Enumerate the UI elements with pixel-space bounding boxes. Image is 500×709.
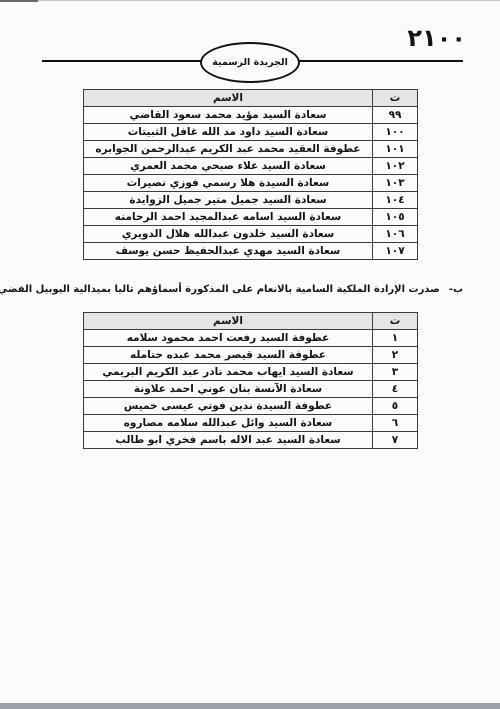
table-row: ٩٩سعادة السيد مؤيد محمد سعود القاضي [84,107,418,124]
section-b-text: صدرت الإرادة الملكية السامية بالانعام عل… [0,284,440,295]
table-row: ٢عطوفة السيد قيصر محمد عبده حتامله [84,347,418,364]
table-row: ١٠٠سعادة السيد داود مد الله غافل الثبيتا… [84,124,418,141]
serial-cell: ١٠٣ [373,175,418,192]
serial-column-header: ت [373,313,418,330]
name-cell: عطوفة السيدة ندين فوتي عيسى خميس [84,398,373,415]
serial-cell: ٢ [373,347,418,364]
serial-column-header: ت [373,90,418,107]
serial-cell: ١٠٢ [373,158,418,175]
serial-cell: ١٠١ [373,141,418,158]
table-row: ٤سعادة الآنسة بنان عوني احمد علاونة [84,381,418,398]
name-cell: سعادة السيد ايهاب محمد نادر عبد الكريم ا… [84,364,373,381]
name-cell: سعادة السيد مؤيد محمد سعود القاضي [84,107,373,124]
table-row: ١٠٣سعادة السيدة هلا رسمي فوزي نصيرات [84,175,418,192]
serial-cell: ١٠٤ [373,192,418,209]
serial-cell: ٦ [373,415,418,432]
name-cell: سعادة السيد مهدي عبدالحفيظ حسن يوسف [84,243,373,260]
page-bottom-edge [0,703,500,709]
gazette-page: { "header": { "page_number": "٢١٠٠", "ba… [0,0,500,709]
serial-cell: ٣ [373,364,418,381]
table-row: ١٠٢سعادة السيد علاء صبحي محمد العمري [84,158,418,175]
section-b-marker: ب- [449,284,463,295]
page-top-edge-mark [0,0,38,2]
table-row: ٧سعادة السيد عبد الاله باسم فخري ابو طال… [84,432,418,449]
name-cell: سعادة الآنسة بنان عوني احمد علاونة [84,381,373,398]
name-cell: سعادة السيد اسامه عبدالمجيد احمد الرحامن… [84,209,373,226]
serial-cell: ١ [373,330,418,347]
table-row: ٦سعادة السيد وائل عبدالله سلامه مصاروه [84,415,418,432]
table-header-row: ت الاسم [84,313,418,330]
name-column-header: الاسم [84,90,373,107]
page-top-edge [0,0,500,1]
section-b-paragraph: ب- صدرت الإرادة الملكية السامية بالانعام… [51,284,463,295]
serial-cell: ١٠٦ [373,226,418,243]
serial-cell: ٩٩ [373,107,418,124]
name-cell: سعادة السيد علاء صبحي محمد العمري [84,158,373,175]
serial-cell: ١٠٠ [373,124,418,141]
table-row: ٣سعادة السيد ايهاب محمد نادر عبد الكريم … [84,364,418,381]
name-cell: عطوفة العقيد محمد عبد الكريم عبدالرحمن ا… [84,141,373,158]
name-cell: عطوفة السيد رفعت احمد محمود سلامه [84,330,373,347]
table-row: ١٠٤سعادة السيد جميل منير جميل الزوايدة [84,192,418,209]
serial-cell: ٧ [373,432,418,449]
serial-cell: ٥ [373,398,418,415]
gazette-badge-label: الجريدة الرسمية [212,57,288,68]
serial-cell: ٤ [373,381,418,398]
name-cell: سعادة السيد جميل منير جميل الزوايدة [84,192,373,209]
table-header-row: ت الاسم [84,90,418,107]
page-number: ٢١٠٠ [407,24,466,52]
table-row: ١عطوفة السيد رفعت احمد محمود سلامه [84,330,418,347]
medal-recipients-table-1: ت الاسم ٩٩سعادة السيد مؤيد محمد سعود الق… [83,89,418,260]
name-cell: سعادة السيدة هلا رسمي فوزي نصيرات [84,175,373,192]
serial-cell: ١٠٧ [373,243,418,260]
name-cell: سعادة السيد عبد الاله باسم فخري ابو طالب [84,432,373,449]
name-cell: سعادة السيد داود مد الله غافل الثبيتات [84,124,373,141]
name-cell: سعادة السيد وائل عبدالله سلامه مصاروه [84,415,373,432]
table-row: ١٠٧سعادة السيد مهدي عبدالحفيظ حسن يوسف [84,243,418,260]
medal-recipients-table-2: ت الاسم ١عطوفة السيد رفعت احمد محمود سلا… [83,312,418,449]
table-row: ٥عطوفة السيدة ندين فوتي عيسى خميس [84,398,418,415]
table-row: ١٠١عطوفة العقيد محمد عبد الكريم عبدالرحم… [84,141,418,158]
name-column-header: الاسم [84,313,373,330]
serial-cell: ١٠٥ [373,209,418,226]
table-row: ١٠٦سعادة السيد خلدون عبدالله هلال الدوير… [84,226,418,243]
table-row: ١٠٥سعادة السيد اسامه عبدالمجيد احمد الرح… [84,209,418,226]
name-cell: عطوفة السيد قيصر محمد عبده حتامله [84,347,373,364]
name-cell: سعادة السيد خلدون عبدالله هلال الدويري [84,226,373,243]
gazette-badge: الجريدة الرسمية [200,42,300,83]
